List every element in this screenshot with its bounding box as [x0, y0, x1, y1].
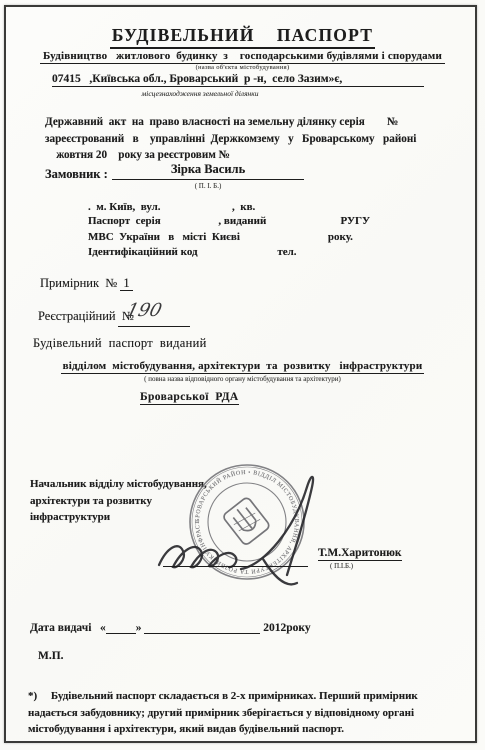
trident-emblem-icon [222, 496, 271, 546]
page-title: БУДІВЕЛЬНИЙ ПАСПОРТ [0, 25, 485, 49]
authority-caption: ( повна назва відповідного органу містоб… [0, 375, 485, 383]
copy-number-line: Примірник № 1 [40, 276, 133, 291]
issue-date-label: Дата видачі [30, 622, 91, 634]
passport-line-3: Ідентифікаційний код тел. [88, 245, 448, 261]
seal-mark: М.П. [38, 650, 64, 662]
object-line: Будівництво житлового будинку з господар… [0, 50, 485, 64]
signature-line [163, 566, 308, 567]
page-title-text: БУДІВЕЛЬНИЙ ПАСПОРТ [110, 25, 375, 49]
footnote-line-3: містобудування і архітектури, який видав… [28, 721, 462, 738]
customer-passport-block: Паспорт серія , виданий РУГУ МВС України… [88, 214, 448, 261]
footnote-line-2: надається забудовнику; другий примірник … [28, 705, 462, 722]
object-caption: (назва об'єкта містобудування) [0, 64, 485, 71]
scanned-document-page: БУДІВЕЛЬНИЙ ПАСПОРТ Будівництво житловог… [0, 0, 485, 750]
customer-name: Зірка Василь [112, 162, 304, 180]
footnote: *) Будівельний паспорт складається в 2-х… [28, 688, 462, 738]
date-day-blank [106, 621, 136, 634]
footnote-line-1: *) Будівельний паспорт складається в 2-х… [28, 688, 462, 705]
registration-underline [118, 326, 190, 327]
state-act-paragraph: Державний акт на право власності на земе… [45, 114, 465, 164]
signatory-name-caption: ( П.І.Б.) [330, 562, 353, 570]
authority-line: відділом містобудування, архітектури та … [0, 360, 485, 374]
state-act-line-1: Державний акт на право власності на земе… [45, 114, 465, 131]
passport-line-1: Паспорт серія , виданий РУГУ [88, 214, 448, 230]
issued-lead-line: Будівельний паспорт виданий [33, 336, 207, 351]
authority-name: Броварської РДА [140, 391, 239, 405]
customer-address-line: . м. Київ, вул. , кв. [88, 201, 255, 213]
issue-date-line: Дата видачі « » 2012року [30, 621, 311, 634]
customer-name-caption: ( П. І. Б.) [112, 182, 304, 190]
location-caption: місцезнаходження земельної ділянки [0, 89, 400, 98]
official-stamp: БРОВАРСЬКИЙ РАЙОН • ВІДДІЛ МІСТОБУДУВАНН… [145, 447, 355, 597]
date-month-blank [144, 621, 260, 634]
location-line: 07415 ,Київська обл., Броварський р -н, … [52, 73, 424, 87]
issue-year: 2012року [263, 622, 310, 634]
state-act-line-2: зареєстрований в управлінні Держкомзему … [45, 131, 465, 148]
signatory-name: Т.М.Харитонюк [318, 547, 402, 561]
customer-label: Замовник : [45, 167, 108, 182]
copy-number-value: 1 [120, 276, 132, 291]
passport-line-2: МВС України в місті Києві року. [88, 230, 448, 246]
handwritten-registration-number: 190 [124, 300, 164, 321]
registration-label: Реєстраційний № [38, 309, 134, 324]
